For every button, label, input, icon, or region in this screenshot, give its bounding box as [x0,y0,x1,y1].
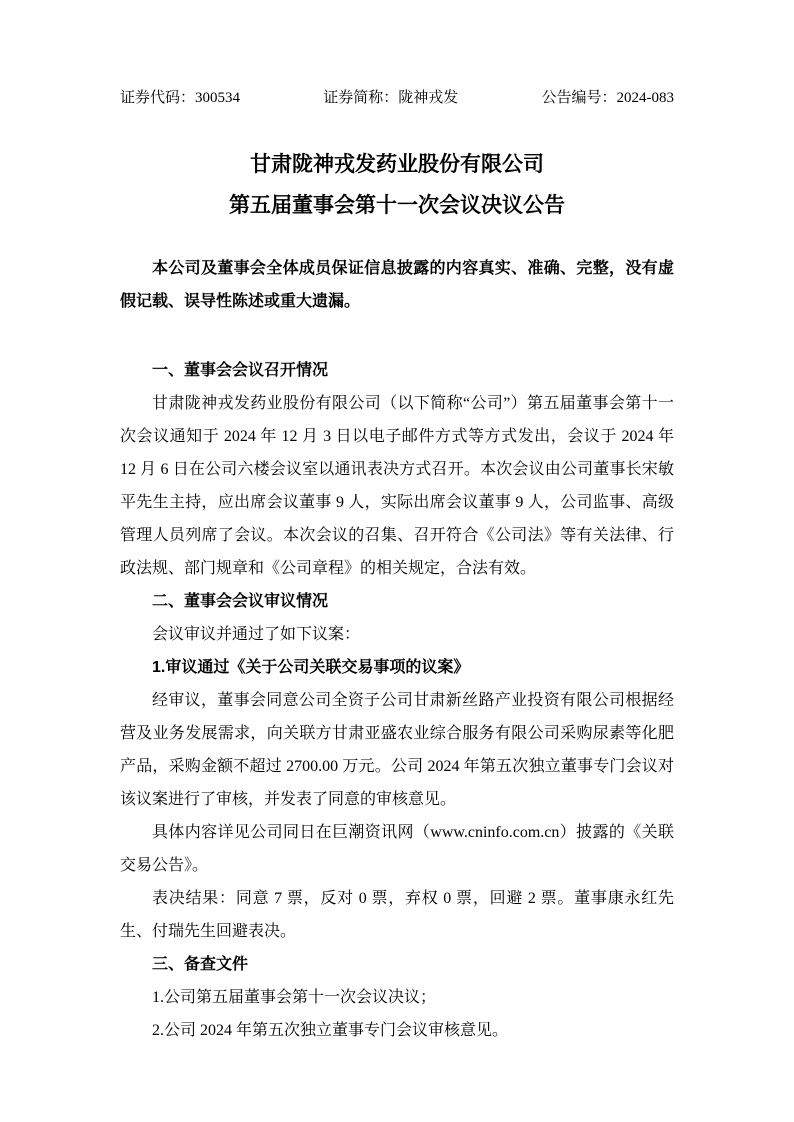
announcement-page: 证券代码：300534 证券简称：陇神戎发 公告编号：2024-083 甘肃陇神… [0,0,794,1122]
disclosure-reference-paragraph: 具体内容详见公司同日在巨潮资讯网（www.cninfo.com.cn）披露的《关… [120,816,674,882]
doc-body: 一、董事会会议召开情况 甘肃陇神戎发药业股份有限公司（以下简称“公司”）第五届董… [120,354,674,1047]
section-3-heading: 三、备查文件 [120,948,674,981]
reference-document-1: 1.公司第五届董事会第十一次会议决议； [120,981,674,1014]
voting-result-paragraph: 表决结果：同意 7 票，反对 0 票，弃权 0 票，回避 2 票。董事康永红先生… [120,882,674,948]
reference-document-2: 2.公司 2024 年第五次独立董事专门会议审核意见。 [120,1014,674,1047]
stock-code: 证券代码：300534 [120,88,240,108]
doc-title: 甘肃陇神戎发药业股份有限公司 第五届董事会第十一次会议决议公告 [120,144,674,226]
disclaimer-statement: 本公司及董事会全体成员保证信息披露的内容真实、准确、完整，没有虚假记载、误导性陈… [120,252,674,318]
company-name-title: 甘肃陇神戎发药业股份有限公司 [120,144,674,185]
announcement-title: 第五届董事会第十一次会议决议公告 [120,185,674,226]
stock-short-name: 证券简称：陇神戎发 [323,88,458,108]
resolution-item-title: 1.审议通过《关于公司关联交易事项的议案》 [120,651,674,684]
section-1-paragraph: 甘肃陇神戎发药业股份有限公司（以下简称“公司”）第五届董事会第十一次会议通知于 … [120,387,674,585]
doc-header: 证券代码：300534 证券简称：陇神戎发 公告编号：2024-083 [120,88,674,108]
section-1-heading: 一、董事会会议召开情况 [120,354,674,387]
announcement-number: 公告编号：2024-083 [542,88,675,108]
section-2-heading: 二、董事会会议审议情况 [120,585,674,618]
resolution-detail-paragraph: 经审议，董事会同意公司全资子公司甘肃新丝路产业投资有限公司根据经营及业务发展需求… [120,684,674,816]
section-2-intro: 会议审议并通过了如下议案： [120,618,674,651]
